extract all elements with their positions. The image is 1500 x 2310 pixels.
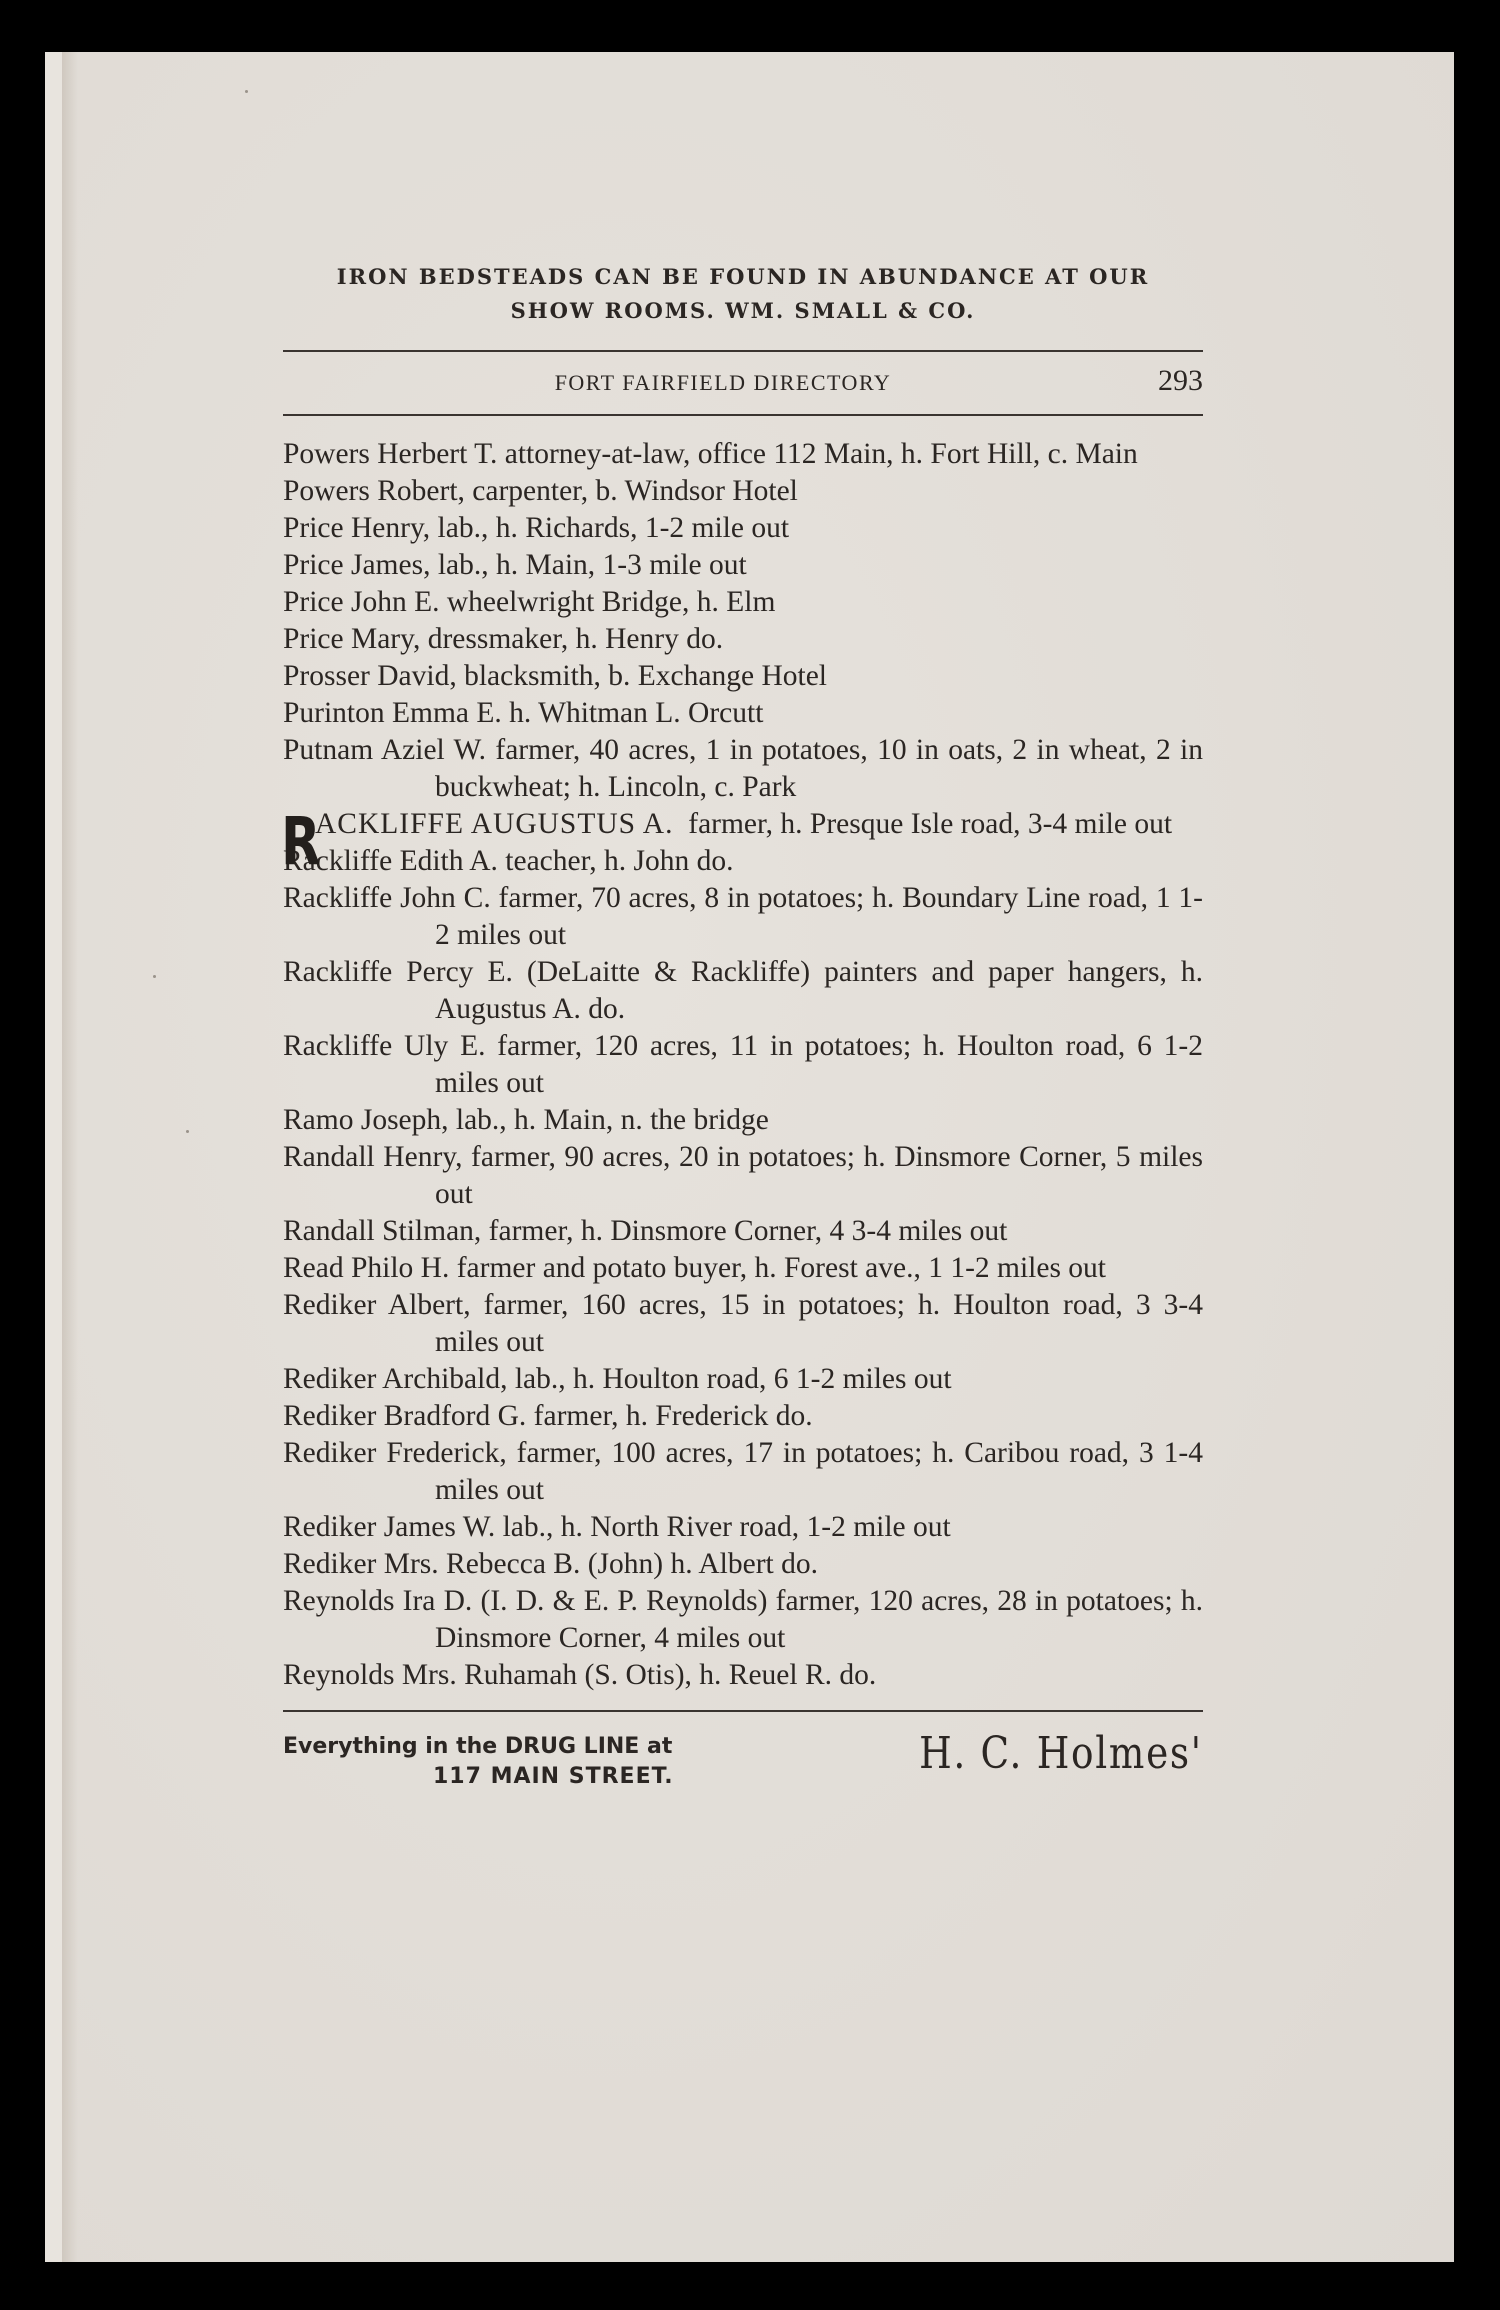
directory-entry: Putnam Aziel W. farmer, 40 acres, 1 in p… [283,732,1203,806]
directory-entry: Rackliffe Edith A. teacher, h. John do. [283,843,1203,880]
directory-entry: Powers Robert, carpenter, b. Windsor Hot… [283,473,1203,510]
entry-name: ACKLIFFE AUGUSTUS A. [315,808,674,840]
directory-entry: Prosser David, blacksmith, b. Exchange H… [283,658,1203,695]
page-number: 293 [1158,364,1203,398]
paper-speck [245,90,248,93]
running-head: FORT FAIRFIELD DIRECTORY 293 [283,352,1203,414]
directory-entry: Rackliffe John C. farmer, 70 acres, 8 in… [283,880,1203,954]
page-content: IRON BEDSTEADS CAN BE FOUND IN ABUNDANCE… [283,260,1203,1824]
directory-entry-section-start: R ACKLIFFE AUGUSTUS A. farmer, h. Presqu… [283,806,1203,843]
entry-details: farmer, h. Presque Isle road, 3-4 mile o… [688,808,1172,840]
directory-entry: Read Philo H. farmer and potato buyer, h… [283,1250,1203,1287]
footer-rule [283,1710,1203,1712]
footer-advertisement-line-2: 117 MAIN STREET. [283,1762,883,1792]
directory-entry: Rediker Mrs. Rebecca B. (John) h. Albert… [283,1546,1203,1583]
directory-entry: Purinton Emma E. h. Whitman L. Orcutt [283,695,1203,732]
gutter-shadow [62,52,78,2262]
directory-entry: Randall Henry, farmer, 90 acres, 20 in p… [283,1139,1203,1213]
footer-advertisement-text: Everything in the DRUG LINE at 117 MAIN … [283,1732,883,1792]
footer-advertisement-line-1: Everything in the DRUG LINE at [283,1732,883,1762]
paper-speck [153,975,156,978]
header-advertisement: IRON BEDSTEADS CAN BE FOUND IN ABUNDANCE… [283,260,1203,328]
directory-entry: Rediker Archibald, lab., h. Houlton road… [283,1361,1203,1398]
drop-cap-letter: R [281,809,321,875]
directory-entry: Rediker James W. lab., h. North River ro… [283,1509,1203,1546]
directory-entry: Reynolds Ira D. (I. D. & E. P. Reynolds)… [283,1583,1203,1657]
header-advertisement-line-2: SHOW ROOMS. WM. SMALL & CO. [283,294,1203,328]
running-title: FORT FAIRFIELD DIRECTORY [283,370,1203,396]
directory-entry: Price John E. wheelwright Bridge, h. Elm [283,584,1203,621]
directory-entries: Powers Herbert T. attorney-at-law, offic… [283,436,1203,1694]
directory-entry: Rackliffe Percy E. (DeLaitte & Rackliffe… [283,954,1203,1028]
directory-entry: Randall Stilman, farmer, h. Dinsmore Cor… [283,1213,1203,1250]
header-advertisement-line-1: IRON BEDSTEADS CAN BE FOUND IN ABUNDANCE… [283,260,1203,294]
directory-entry: Price Mary, dressmaker, h. Henry do. [283,621,1203,658]
header-rule-bottom [283,414,1203,416]
section-first-line: ACKLIFFE AUGUSTUS A. farmer, h. Presque … [315,806,1203,843]
footer-advertiser-name: H. C. Holmes' [919,1728,1203,1779]
directory-entry: Rediker Frederick, farmer, 100 acres, 17… [283,1435,1203,1509]
directory-entry: Powers Herbert T. attorney-at-law, offic… [283,436,1203,473]
directory-entry: Price Henry, lab., h. Richards, 1-2 mile… [283,510,1203,547]
paper-speck [186,1130,189,1133]
directory-entry: Rediker Bradford G. farmer, h. Frederick… [283,1398,1203,1435]
directory-entry: Rackliffe Uly E. farmer, 120 acres, 11 i… [283,1028,1203,1102]
directory-entry: Rediker Albert, farmer, 160 acres, 15 in… [283,1287,1203,1361]
footer-advertisement: Everything in the DRUG LINE at 117 MAIN … [283,1724,1203,1824]
directory-entry: Ramo Joseph, lab., h. Main, n. the bridg… [283,1102,1203,1139]
directory-entry: Reynolds Mrs. Ruhamah (S. Otis), h. Reue… [283,1657,1203,1694]
directory-entry: Price James, lab., h. Main, 1-3 mile out [283,547,1203,584]
